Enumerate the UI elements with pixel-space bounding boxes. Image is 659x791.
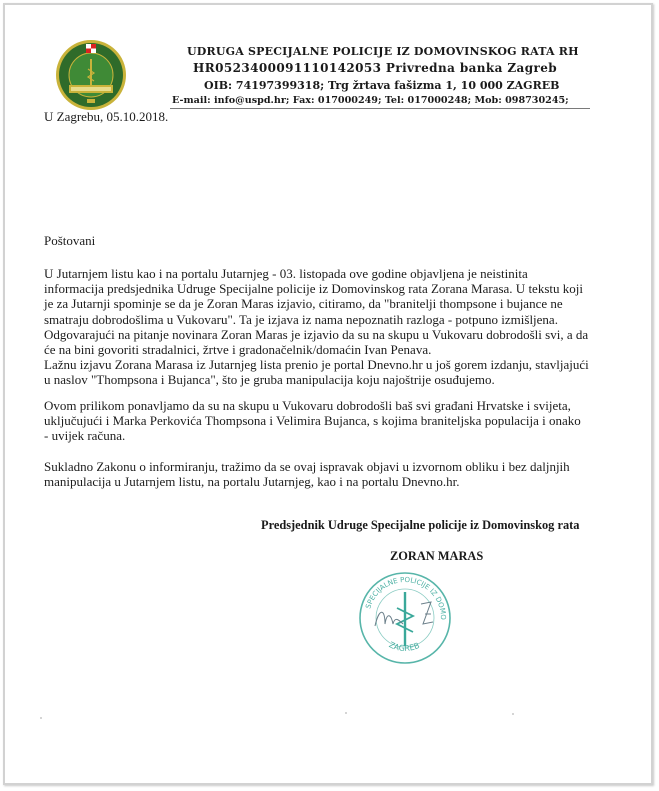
text-line: U Jutarnjem listu kao i na portalu Jutar… <box>44 266 624 281</box>
text-line: smatraju dobrodošlima u Vukovaru". Ta je… <box>44 312 624 327</box>
signatory-title: Predsjednik Udruge Specijalne policije i… <box>261 518 579 533</box>
scan-artifact <box>512 713 514 715</box>
text-line: Lažnu izjavu Zorana Marasa iz Jutarnjeg … <box>44 357 624 372</box>
paragraph-3: Sukladno Zakonu o informiranju, tražimo … <box>44 459 624 489</box>
letterhead-divider <box>170 108 590 109</box>
scan-artifact <box>345 712 347 714</box>
paragraph-2: Ovom prilikom ponavljamo da su na skupu … <box>44 398 624 444</box>
association-emblem-icon <box>55 39 127 111</box>
organization-name: UDRUGA SPECIJALNE POLICIJE IZ DOMOVINSKO… <box>187 45 579 58</box>
text-line: informacija predsjednika Udruge Specijal… <box>44 281 624 296</box>
contact-info: E-mail: info@uspd.hr; Fax: 017000249; Te… <box>172 95 569 106</box>
text-line: Ovom prilikom ponavljamo da su na skupu … <box>44 398 624 413</box>
text-line: - uvijek računa. <box>44 428 624 443</box>
paragraph-1: U Jutarnjem listu kao i na portalu Jutar… <box>44 266 624 388</box>
date-line: U Zagrebu, 05.10.2018. <box>44 109 168 124</box>
text-line: uključujući i Marka Perkovića Thompsona … <box>44 413 624 428</box>
text-line: će na bini govoriti stradalnici, žrtve i… <box>44 342 624 357</box>
text-line: u naslov "Thompsona i Bujanca", što je g… <box>44 372 624 387</box>
oib-address: OIB: 74197399318; Trg žrtava fašizma 1, … <box>204 79 559 92</box>
scan-artifact <box>40 717 42 719</box>
greeting: Poštovani <box>44 233 95 248</box>
text-line: Sukladno Zakonu o informiranju, tražimo … <box>44 459 624 474</box>
text-line: je za Jutarnji spominje se da je Zoran M… <box>44 296 624 311</box>
signatory-name: ZORAN MARAS <box>390 549 483 564</box>
text-line: Odgovarajući na pitanje novinara Zoran M… <box>44 327 624 342</box>
iban-bank: HR0523400091110142053 Privredna banka Za… <box>193 61 557 75</box>
text-line: manipulacija u Jutarnjem listu, na porta… <box>44 474 624 489</box>
official-stamp-icon: SPECIJALNE POLICIJE IZ DOMOVINSKOG ZAGRE… <box>355 568 455 668</box>
